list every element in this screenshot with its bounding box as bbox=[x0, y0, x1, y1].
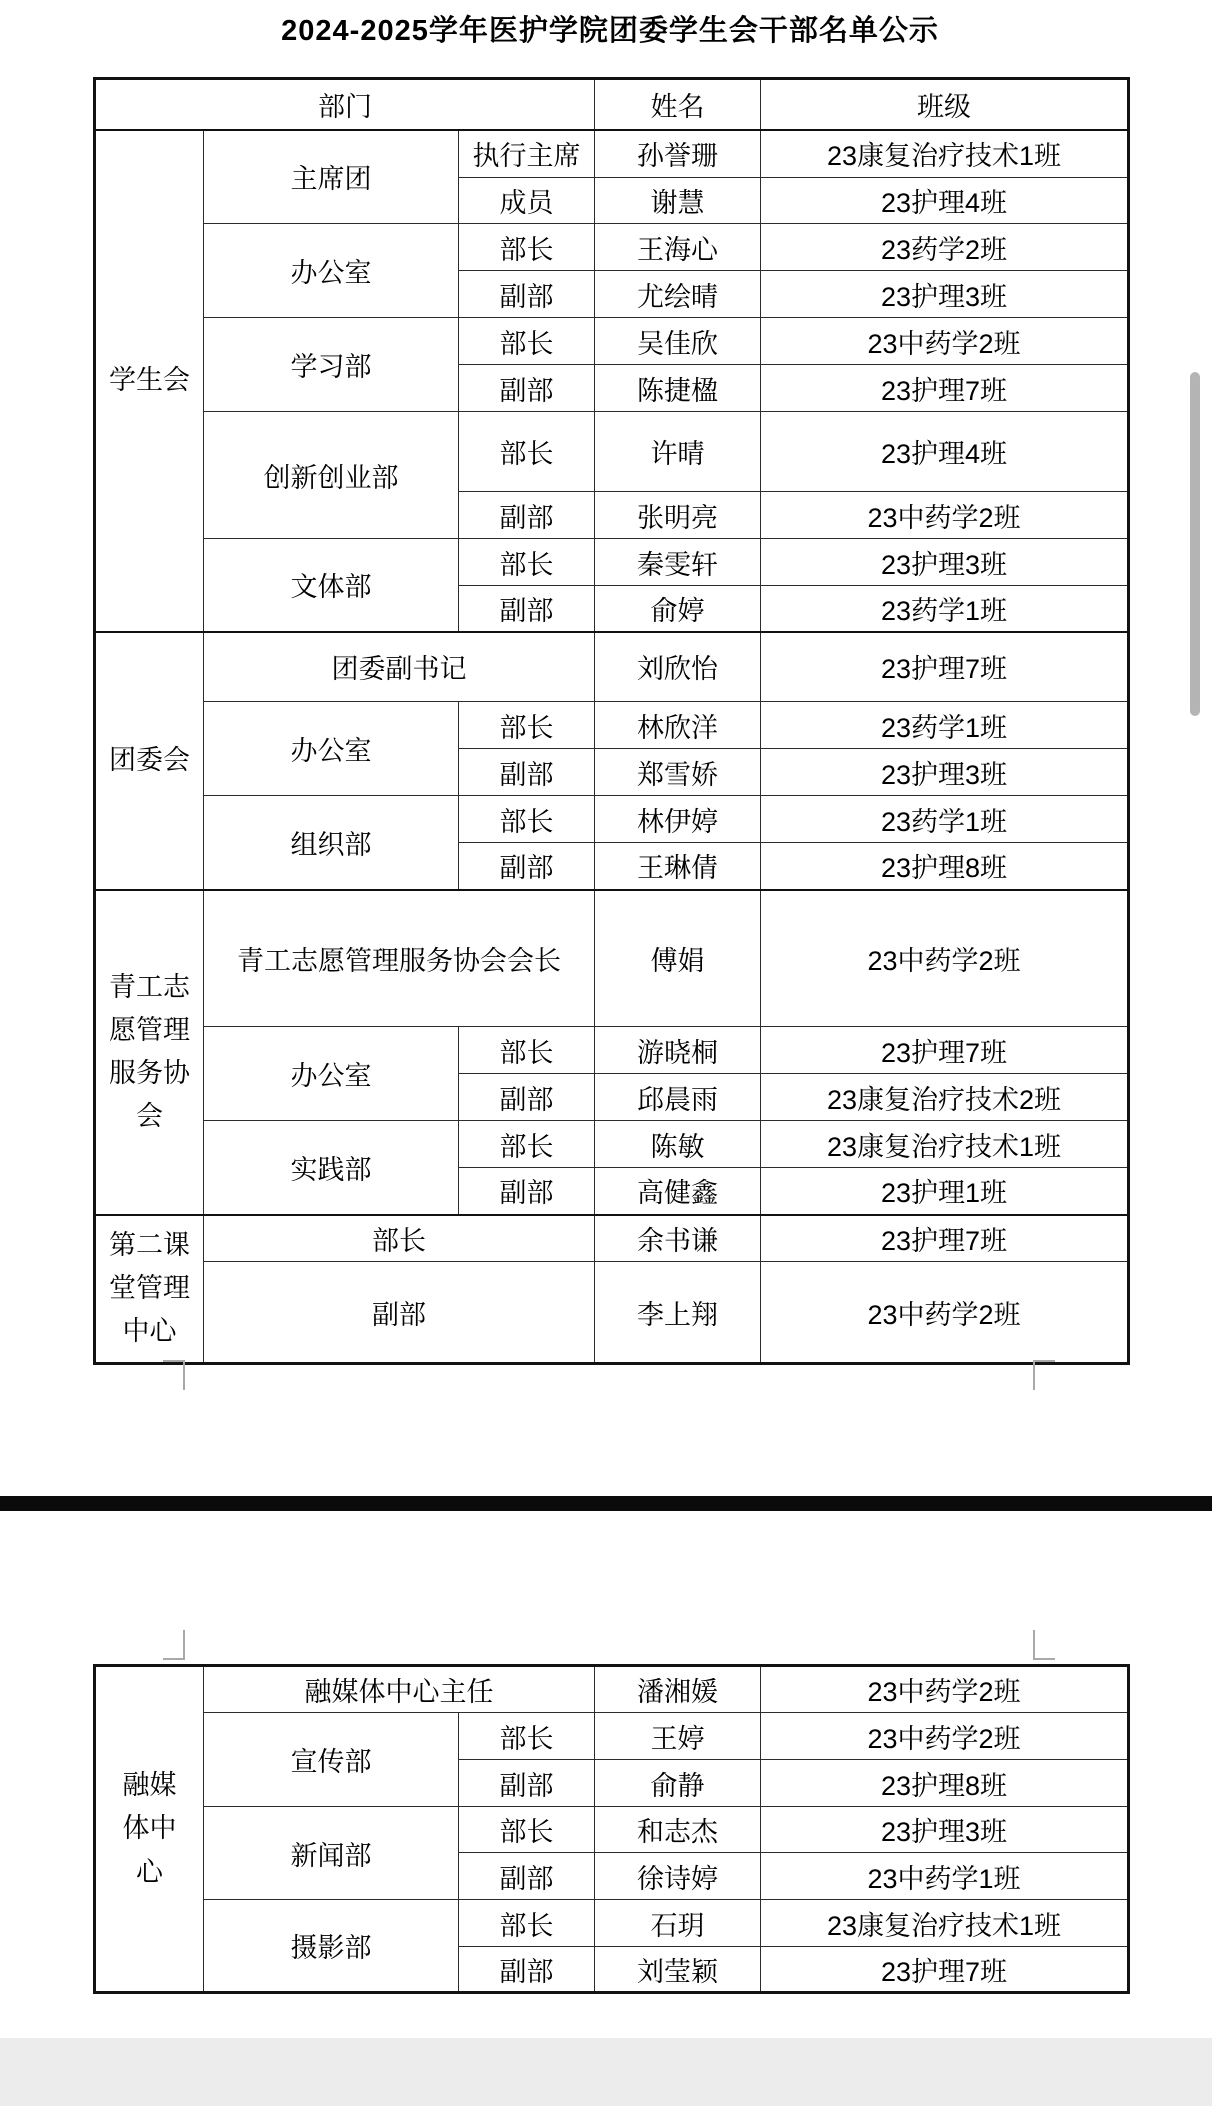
cell-role: 部长 bbox=[459, 318, 595, 365]
cell-role: 部长 bbox=[459, 1027, 595, 1074]
cell-name: 陈捷楹 bbox=[595, 365, 761, 412]
margin-mark bbox=[1033, 1360, 1055, 1390]
cell-name: 王海心 bbox=[595, 224, 761, 271]
cell-class: 23中药学2班 bbox=[761, 318, 1129, 365]
cell-dept: 主席团 bbox=[204, 130, 459, 224]
cell-name: 邱晨雨 bbox=[595, 1074, 761, 1121]
cell-role: 执行主席 bbox=[459, 130, 595, 178]
margin-mark bbox=[1033, 1630, 1055, 1660]
cell-dept: 办公室 bbox=[204, 224, 459, 318]
cell-class: 23药学1班 bbox=[761, 702, 1129, 749]
cell-name: 林伊婷 bbox=[595, 796, 761, 843]
cell-name: 张明亮 bbox=[595, 492, 761, 539]
cell-class: 23中药学2班 bbox=[761, 1713, 1129, 1760]
table-row: 办公室 部长 王海心 23药学2班 bbox=[95, 224, 1129, 271]
cell-class: 23康复治疗技术2班 bbox=[761, 1074, 1129, 1121]
cell-dept: 宣传部 bbox=[204, 1713, 459, 1807]
cell-class: 23中药学2班 bbox=[761, 492, 1129, 539]
cell-dept: 实践部 bbox=[204, 1121, 459, 1215]
table-row: 副部 李上翔 23中药学2班 bbox=[95, 1262, 1129, 1364]
cell-class: 23康复治疗技术1班 bbox=[761, 130, 1129, 178]
cell-role: 部长 bbox=[459, 1807, 595, 1853]
table-row: 组织部 部长 林伊婷 23药学1班 bbox=[95, 796, 1129, 843]
cell-name: 林欣洋 bbox=[595, 702, 761, 749]
header-class: 班级 bbox=[761, 79, 1129, 130]
cell-class: 23护理8班 bbox=[761, 1760, 1129, 1807]
table-row: 文体部 部长 秦雯轩 23护理3班 bbox=[95, 539, 1129, 586]
cell-class: 23护理4班 bbox=[761, 178, 1129, 224]
table-row: 新闻部 部长 和志杰 23护理3班 bbox=[95, 1807, 1129, 1853]
cell-name: 郑雪娇 bbox=[595, 749, 761, 796]
cell-role: 副部 bbox=[459, 1168, 595, 1215]
document-title: 2024-2025学年医护学院团委学生会干部名单公示 bbox=[93, 8, 1127, 49]
cell-class: 23护理7班 bbox=[761, 1947, 1129, 1993]
table-row: 实践部 部长 陈敏 23康复治疗技术1班 bbox=[95, 1121, 1129, 1168]
cell-class: 23护理7班 bbox=[761, 365, 1129, 412]
cell-dept: 办公室 bbox=[204, 1027, 459, 1121]
table-row: 摄影部 部长 石玥 23康复治疗技术1班 bbox=[95, 1900, 1129, 1947]
cell-class: 23中药学2班 bbox=[761, 890, 1129, 1027]
cell-name: 俞婷 bbox=[595, 586, 761, 632]
cell-class: 23康复治疗技术1班 bbox=[761, 1121, 1129, 1168]
table-row: 团委会 团委副书记 刘欣怡 23护理7班 bbox=[95, 632, 1129, 702]
cell-class: 23护理3班 bbox=[761, 271, 1129, 318]
cell-name: 俞静 bbox=[595, 1760, 761, 1807]
cell-class: 23药学2班 bbox=[761, 224, 1129, 271]
cell-role: 部长 bbox=[459, 1900, 595, 1947]
cell-name: 石玥 bbox=[595, 1900, 761, 1947]
cell-org: 学生会 bbox=[95, 130, 204, 632]
cell-class: 23中药学2班 bbox=[761, 1262, 1129, 1364]
cell-role: 副部 bbox=[459, 271, 595, 318]
cell-dept: 青工志愿管理服务协会会长 bbox=[204, 890, 595, 1027]
cell-dept: 新闻部 bbox=[204, 1807, 459, 1900]
cell-dept: 融媒体中心主任 bbox=[204, 1666, 595, 1713]
cell-role: 副部 bbox=[459, 492, 595, 539]
cell-dept: 副部 bbox=[204, 1262, 595, 1364]
cell-name: 李上翔 bbox=[595, 1262, 761, 1364]
page-break-bar bbox=[0, 1496, 1212, 1511]
cell-name: 徐诗婷 bbox=[595, 1853, 761, 1900]
cell-name: 秦雯轩 bbox=[595, 539, 761, 586]
cell-dept: 摄影部 bbox=[204, 1900, 459, 1993]
cell-name: 王琳倩 bbox=[595, 843, 761, 890]
cell-class: 23护理7班 bbox=[761, 1027, 1129, 1074]
cell-dept: 创新创业部 bbox=[204, 412, 459, 539]
header-department: 部门 bbox=[95, 79, 595, 130]
cell-dept: 办公室 bbox=[204, 702, 459, 796]
roster-table-page2: 融媒 体中 心 融媒体中心主任 潘湘媛 23中药学2班 宣传部 部长 王婷 23… bbox=[93, 1664, 1130, 1994]
roster-table-page1: 部门 姓名 班级 学生会 主席团 执行主席 孙誉珊 23康复治疗技术1班 成员 … bbox=[93, 77, 1130, 1365]
cell-role: 部长 bbox=[459, 1121, 595, 1168]
cell-class: 23中药学1班 bbox=[761, 1853, 1129, 1900]
cell-role: 副部 bbox=[459, 586, 595, 632]
cell-name: 王婷 bbox=[595, 1713, 761, 1760]
cell-class: 23中药学2班 bbox=[761, 1666, 1129, 1713]
cell-class: 23护理7班 bbox=[761, 632, 1129, 702]
cell-role: 部长 bbox=[459, 224, 595, 271]
cell-dept: 部长 bbox=[204, 1215, 595, 1262]
cell-role: 成员 bbox=[459, 178, 595, 224]
margin-mark bbox=[163, 1360, 185, 1390]
cell-role: 副部 bbox=[459, 1074, 595, 1121]
cell-name: 傅娟 bbox=[595, 890, 761, 1027]
cell-class: 23药学1班 bbox=[761, 586, 1129, 632]
cell-org: 第二课 堂管理 中心 bbox=[95, 1215, 204, 1364]
cell-dept: 文体部 bbox=[204, 539, 459, 632]
table-row: 融媒 体中 心 融媒体中心主任 潘湘媛 23中药学2班 bbox=[95, 1666, 1129, 1713]
cell-class: 23护理7班 bbox=[761, 1215, 1129, 1262]
cell-class: 23护理3班 bbox=[761, 1807, 1129, 1853]
cell-role: 部长 bbox=[459, 702, 595, 749]
cell-dept: 学习部 bbox=[204, 318, 459, 412]
cell-name: 许晴 bbox=[595, 412, 761, 492]
header-name: 姓名 bbox=[595, 79, 761, 130]
table-row: 创新创业部 部长 许晴 23护理4班 bbox=[95, 412, 1129, 492]
cell-name: 游晓桐 bbox=[595, 1027, 761, 1074]
cell-class: 23护理3班 bbox=[761, 749, 1129, 796]
page-gap-band bbox=[0, 2038, 1212, 2106]
cell-name: 高健鑫 bbox=[595, 1168, 761, 1215]
table-row: 学习部 部长 吴佳欣 23中药学2班 bbox=[95, 318, 1129, 365]
cell-role: 部长 bbox=[459, 539, 595, 586]
table-row: 青工志 愿管理 服务协 会 青工志愿管理服务协会会长 傅娟 23中药学2班 bbox=[95, 890, 1129, 1027]
table-row: 学生会 主席团 执行主席 孙誉珊 23康复治疗技术1班 bbox=[95, 130, 1129, 178]
cell-name: 潘湘媛 bbox=[595, 1666, 761, 1713]
cell-role: 副部 bbox=[459, 1853, 595, 1900]
table-header-row: 部门 姓名 班级 bbox=[95, 79, 1129, 130]
cell-role: 副部 bbox=[459, 1760, 595, 1807]
table-row: 办公室 部长 游晓桐 23护理7班 bbox=[95, 1027, 1129, 1074]
table-row: 办公室 部长 林欣洋 23药学1班 bbox=[95, 702, 1129, 749]
table-row: 第二课 堂管理 中心 部长 余书谦 23护理7班 bbox=[95, 1215, 1129, 1262]
cell-role: 部长 bbox=[459, 1713, 595, 1760]
cell-name: 陈敏 bbox=[595, 1121, 761, 1168]
cell-name: 余书谦 bbox=[595, 1215, 761, 1262]
cell-role: 部长 bbox=[459, 796, 595, 843]
cell-dept: 团委副书记 bbox=[204, 632, 595, 702]
cell-class: 23护理8班 bbox=[761, 843, 1129, 890]
cell-name: 孙誉珊 bbox=[595, 130, 761, 178]
margin-mark bbox=[163, 1630, 185, 1660]
cell-role: 副部 bbox=[459, 1947, 595, 1993]
cell-org: 青工志 愿管理 服务协 会 bbox=[95, 890, 204, 1215]
cell-org: 团委会 bbox=[95, 632, 204, 890]
cell-name: 刘欣怡 bbox=[595, 632, 761, 702]
cell-dept: 组织部 bbox=[204, 796, 459, 890]
cell-class: 23药学1班 bbox=[761, 796, 1129, 843]
cell-class: 23护理1班 bbox=[761, 1168, 1129, 1215]
cell-role: 副部 bbox=[459, 365, 595, 412]
cell-name: 刘莹颖 bbox=[595, 1947, 761, 1993]
cell-class: 23护理4班 bbox=[761, 412, 1129, 492]
cell-class: 23康复治疗技术1班 bbox=[761, 1900, 1129, 1947]
cell-name: 和志杰 bbox=[595, 1807, 761, 1853]
cell-name: 尤绘晴 bbox=[595, 271, 761, 318]
cell-name: 吴佳欣 bbox=[595, 318, 761, 365]
cell-role: 部长 bbox=[459, 412, 595, 492]
cell-class: 23护理3班 bbox=[761, 539, 1129, 586]
cell-role: 副部 bbox=[459, 843, 595, 890]
table-row: 宣传部 部长 王婷 23中药学2班 bbox=[95, 1713, 1129, 1760]
cell-org: 融媒 体中 心 bbox=[95, 1666, 204, 1993]
cell-role: 副部 bbox=[459, 749, 595, 796]
scrollbar-thumb[interactable] bbox=[1190, 372, 1200, 716]
cell-name: 谢慧 bbox=[595, 178, 761, 224]
